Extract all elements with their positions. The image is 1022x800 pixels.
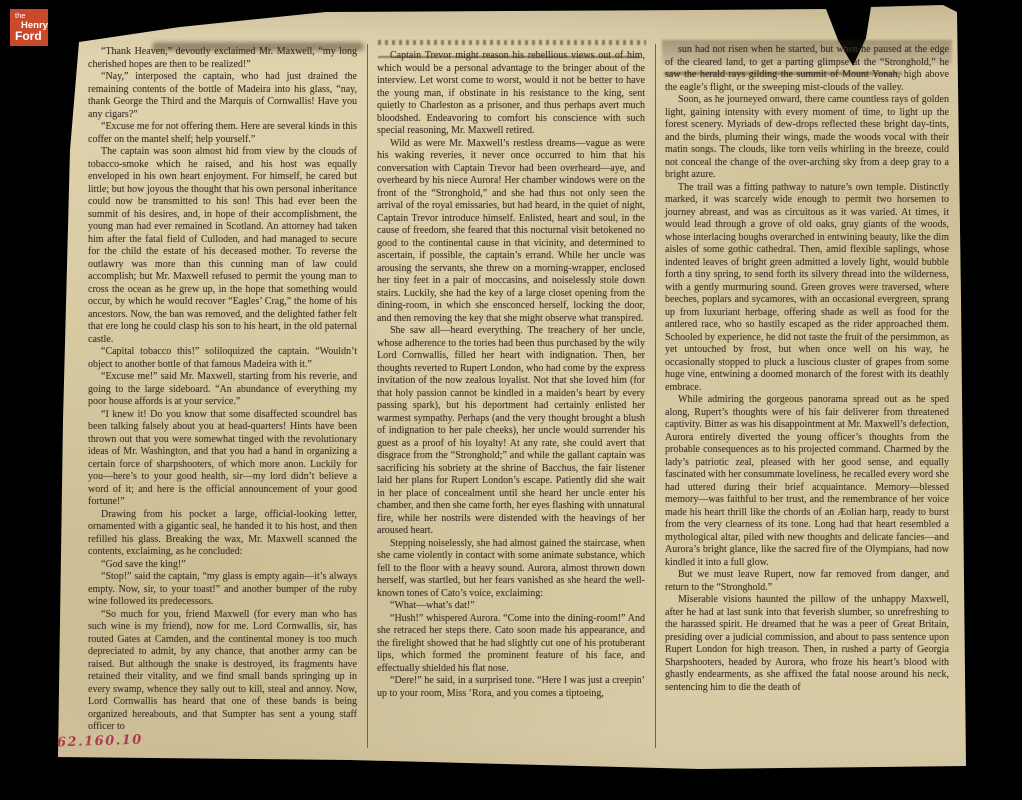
paragraph: sun had not risen when he started, but w… (665, 44, 949, 94)
paragraph: “What—what’s dat!” (377, 600, 645, 613)
paragraph: The trail was a fitting pathway to natur… (665, 182, 949, 395)
paragraph: “Excuse me for not offering them. Here a… (88, 121, 357, 146)
paragraph: “Dere!” he said, in a surprised tone. “H… (377, 675, 645, 700)
paragraph: “Nay,” interposed the captain, who had j… (88, 71, 357, 121)
paragraph: She saw all—heard everything. The treach… (377, 325, 645, 538)
catalog-number: 62.160.10 (57, 733, 143, 751)
text-column-1: “Thank Heaven,” devoutly exclaimed Mr. M… (88, 44, 367, 748)
paragraph: “God save the king!” (88, 559, 357, 572)
text-column-2: Captain Trevor might reason his rebellio… (367, 44, 655, 748)
paragraph: “So much for you, friend Maxwell (for ev… (88, 609, 357, 734)
page-columns: “Thank Heaven,” devoutly exclaimed Mr. M… (88, 44, 954, 748)
logo-text-the: the (15, 12, 48, 20)
paragraph: While admiring the gorgeous panorama spr… (665, 394, 949, 569)
henry-ford-logo: the Henry Ford (10, 9, 48, 46)
paragraph: Drawing from his pocket a large, officia… (88, 509, 357, 559)
paragraph: Wild as were Mr. Maxwell’s restless drea… (377, 138, 645, 326)
paragraph: “Thank Heaven,” devoutly exclaimed Mr. M… (88, 46, 357, 71)
paragraph: Miserable visions haunted the pillow of … (665, 594, 949, 694)
paragraph: Stepping noiselessly, she had almost gai… (377, 538, 645, 601)
paragraph: “Stop!” said the captain, “my glass is e… (88, 571, 357, 609)
logo-text-ford: Ford (15, 30, 48, 42)
paragraph: But we must leave Rupert, now far remove… (665, 569, 949, 594)
paragraph: “Excuse me!” said Mr. Maxwell, starting … (88, 371, 357, 409)
paragraph: Soon, as he journeyed onward, there came… (665, 94, 949, 182)
text-column-3: sun had not risen when he started, but w… (655, 44, 953, 748)
paragraph: Captain Trevor might reason his rebellio… (377, 50, 645, 138)
paragraph: “Capital tobacco this!” soliloquized the… (88, 346, 357, 371)
paragraph: The captain was soon almost hid from vie… (88, 146, 357, 346)
paragraph: “I knew it! Do you know that some disaff… (88, 409, 357, 509)
paragraph: “Hush!” whispered Aurora. “Come into the… (377, 613, 645, 676)
scan-background: “Thank Heaven,” devoutly exclaimed Mr. M… (0, 0, 1022, 800)
